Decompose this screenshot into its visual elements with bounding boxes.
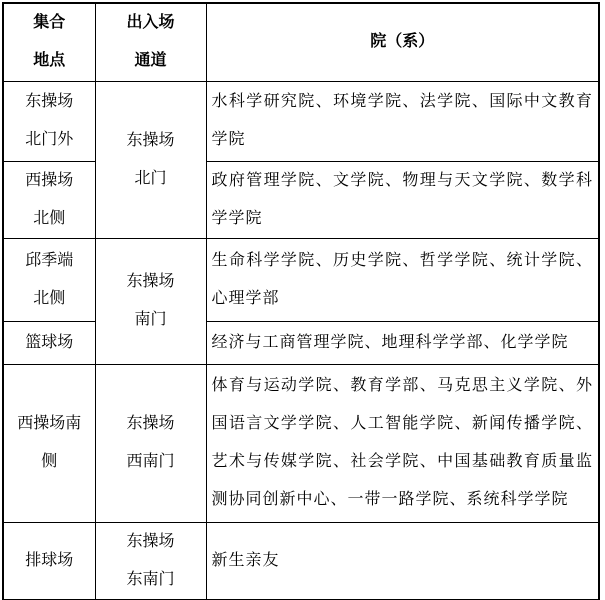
location-cell: 篮球场 bbox=[3, 321, 95, 364]
departments-cell: 经济与工商管理学院、地理科学学部、化学学院 bbox=[206, 321, 599, 364]
channel-cell: 东操场 北门 bbox=[95, 81, 206, 238]
location-cell: 排球场 bbox=[3, 522, 95, 600]
table-row: 东操场 北门外 东操场 北门 水科学研究院、环境学院、法学院、国际中文教育学院 bbox=[3, 81, 599, 161]
page-canvas: 集合 地点 出入场 通道 院（系） 东操场 北门外 东操场 北门 水科学研究院、… bbox=[0, 0, 605, 600]
header-entry-channel: 出入场 通道 bbox=[95, 3, 206, 81]
departments-cell: 水科学研究院、环境学院、法学院、国际中文教育学院 bbox=[206, 81, 599, 161]
table-row: 西操场 北侧 政府管理学院、文学院、物理与天文学院、数学科学学院 bbox=[3, 161, 599, 238]
header-row: 集合 地点 出入场 通道 院（系） bbox=[3, 3, 599, 81]
location-cell: 西操场南 侧 bbox=[3, 364, 95, 522]
table-row: 篮球场 经济与工商管理学院、地理科学学部、化学学院 bbox=[3, 321, 599, 364]
table-row: 邱季端 北侧 东操场 南门 生命科学学院、历史学院、哲学学院、统计学院、心理学部 bbox=[3, 238, 599, 321]
departments-cell: 政府管理学院、文学院、物理与天文学院、数学科学学院 bbox=[206, 161, 599, 238]
departments-cell: 生命科学学院、历史学院、哲学学院、统计学院、心理学部 bbox=[206, 238, 599, 321]
location-cell: 西操场 北侧 bbox=[3, 161, 95, 238]
header-departments: 院（系） bbox=[206, 3, 599, 81]
table-row: 排球场 东操场 东南门 新生亲友 bbox=[3, 522, 599, 600]
departments-cell: 体育与运动学院、教育学部、马克思主义学院、外国语言文学学院、人工智能学院、新闻传… bbox=[206, 364, 599, 522]
departments-cell: 新生亲友 bbox=[206, 522, 599, 600]
header-assembly-location: 集合 地点 bbox=[3, 3, 95, 81]
location-cell: 邱季端 北侧 bbox=[3, 238, 95, 321]
channel-cell: 东操场 南门 bbox=[95, 238, 206, 364]
assembly-table: 集合 地点 出入场 通道 院（系） 东操场 北门外 东操场 北门 水科学研究院、… bbox=[2, 2, 600, 600]
channel-cell: 东操场 东南门 bbox=[95, 522, 206, 600]
channel-cell: 东操场 西南门 bbox=[95, 364, 206, 522]
table-row: 西操场南 侧 东操场 西南门 体育与运动学院、教育学部、马克思主义学院、外国语言… bbox=[3, 364, 599, 522]
location-cell: 东操场 北门外 bbox=[3, 81, 95, 161]
